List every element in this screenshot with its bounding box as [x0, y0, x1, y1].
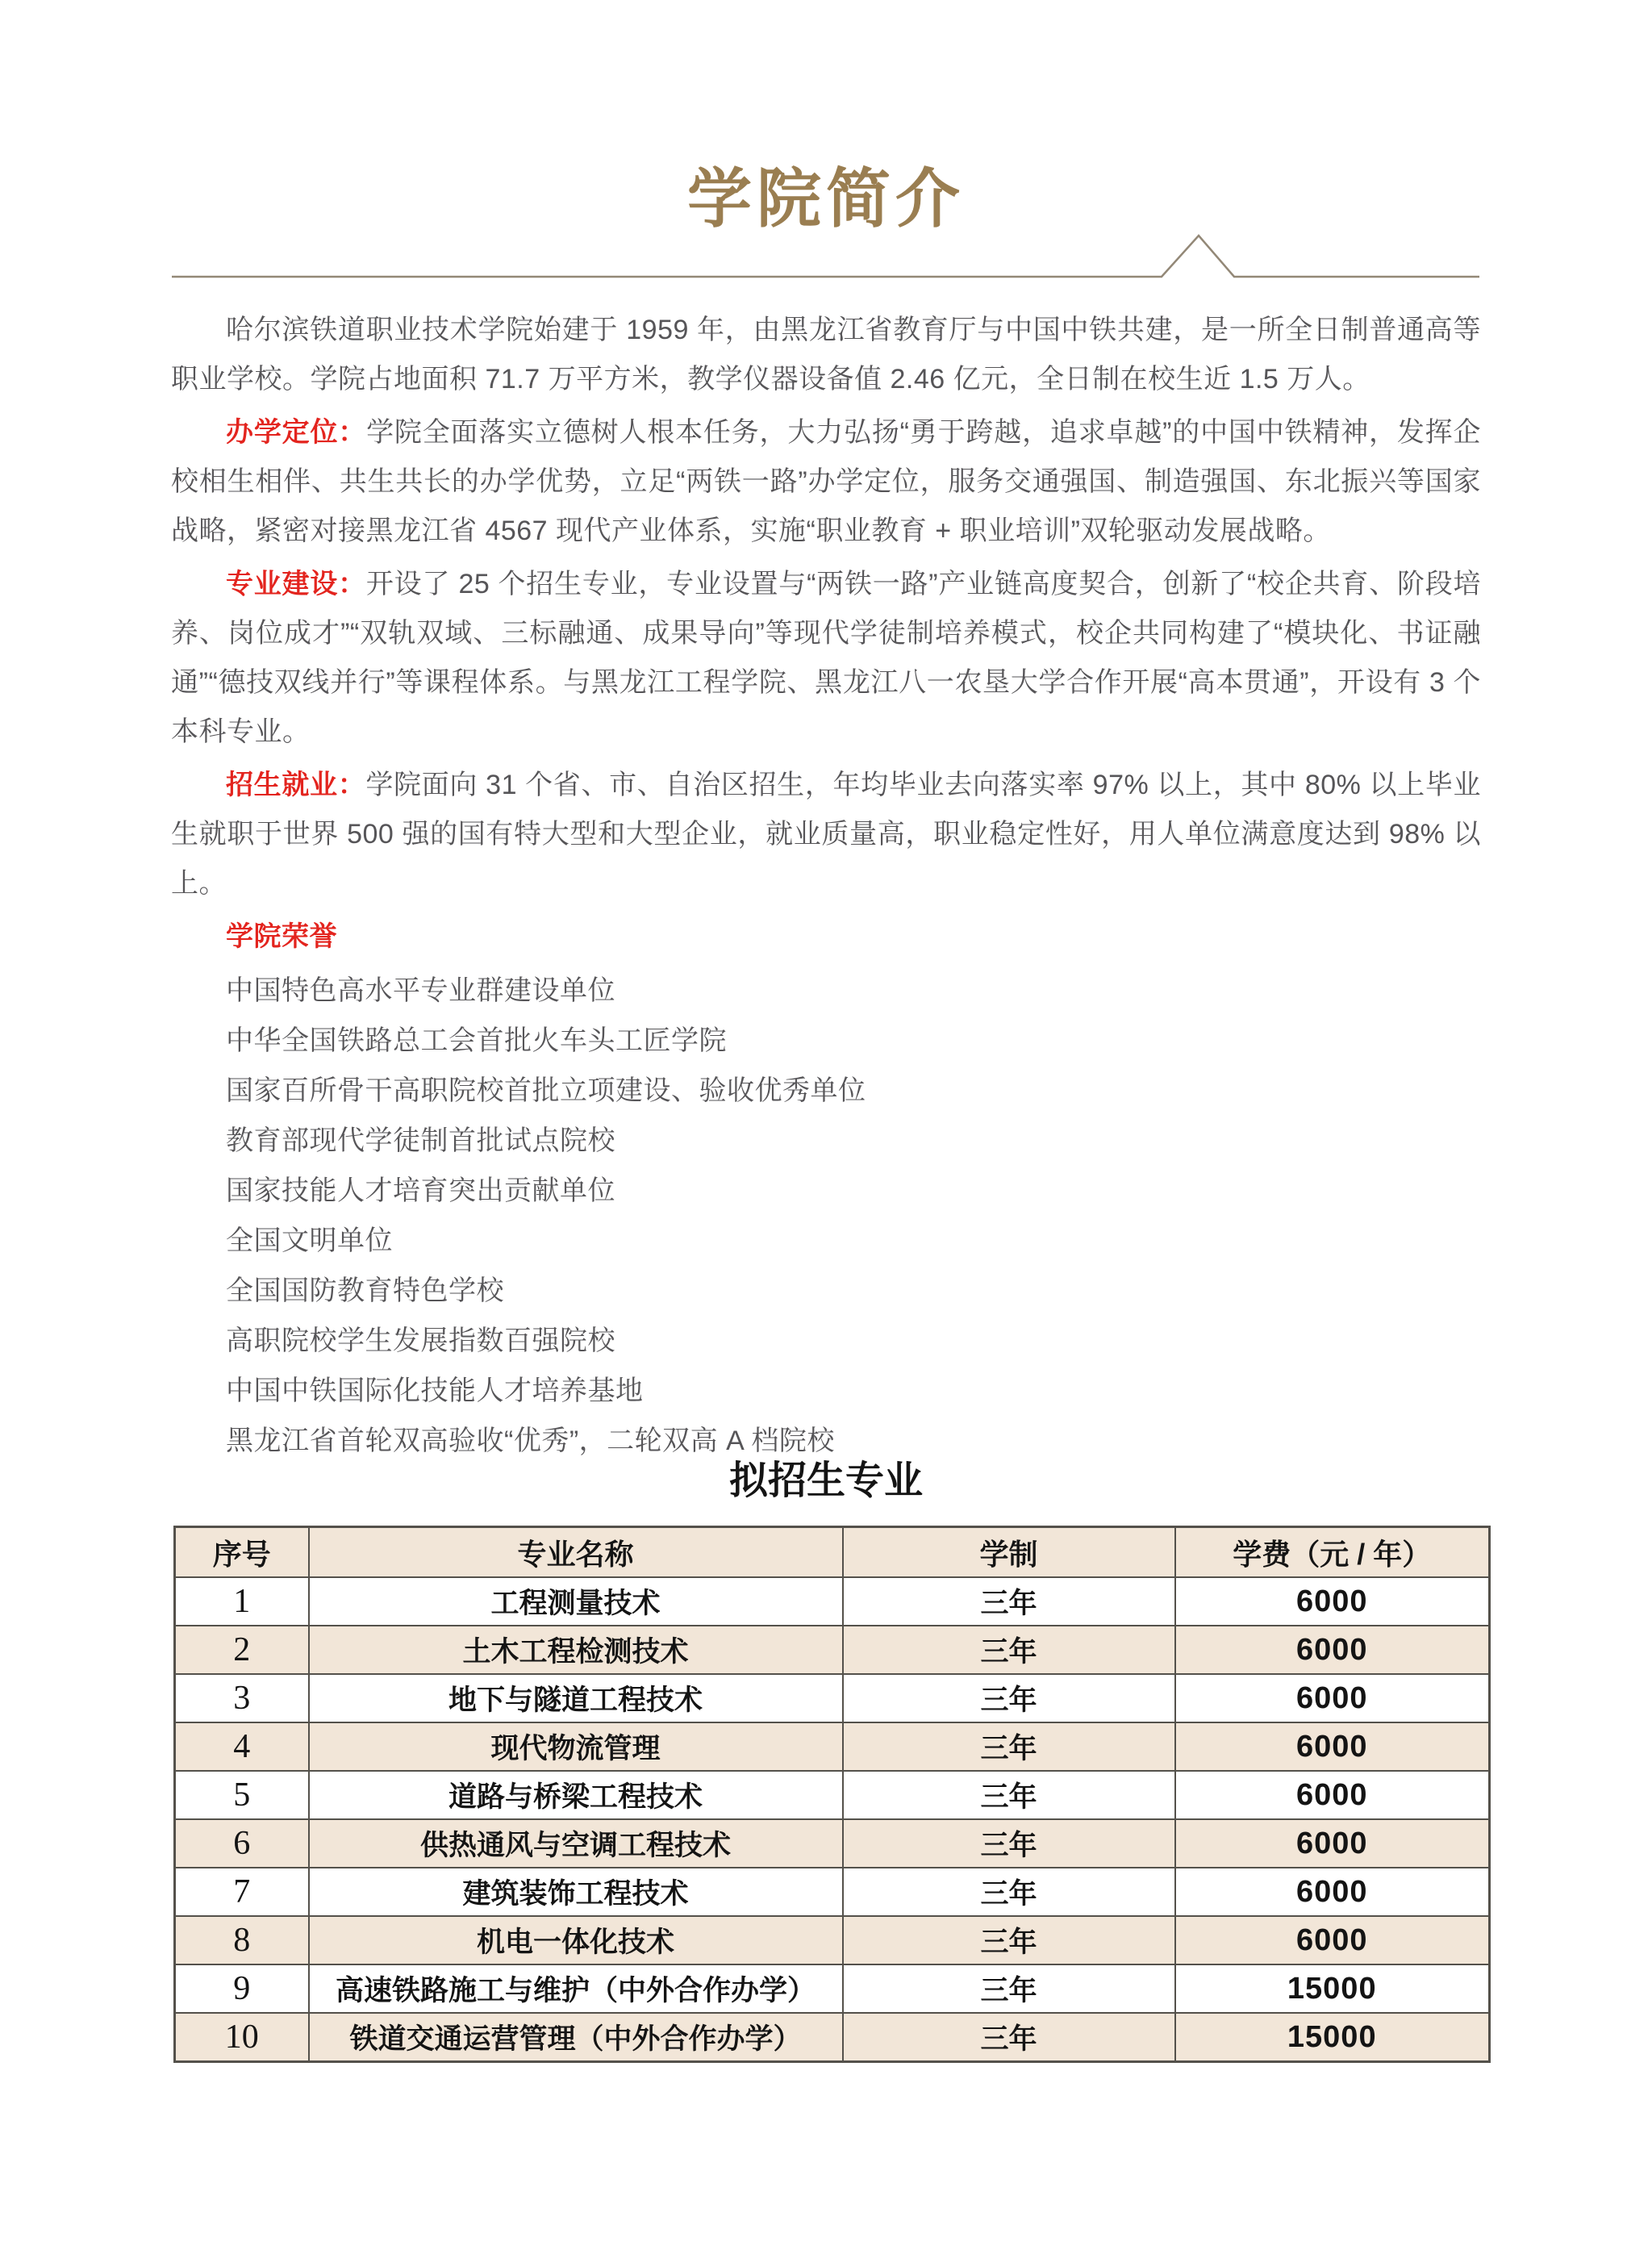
honors-title: 学院荣誉 — [171, 912, 1481, 962]
cell-tuition: 6000 — [1175, 1722, 1490, 1771]
cell-duration: 三年 — [843, 1819, 1175, 1868]
cell-major: 铁道交通运营管理（中外合作办学） — [309, 2013, 843, 2062]
table-row: 2 土木工程检测技术 三年 6000 — [175, 1626, 1490, 1674]
admissions-table: 序号 专业名称 学制 学费（元 / 年） 1 工程测量技术 三年 6000 2 … — [173, 1526, 1491, 2063]
table-title: 拟招生专业 — [0, 1457, 1652, 1505]
divider-peak-line — [172, 236, 1479, 277]
cell-tuition: 6000 — [1175, 1577, 1490, 1626]
cell-tuition: 6000 — [1175, 1868, 1490, 1916]
cell-tuition: 6000 — [1175, 1674, 1490, 1722]
table-row: 4 现代物流管理 三年 6000 — [175, 1722, 1490, 1771]
cell-index: 1 — [175, 1577, 309, 1626]
cell-index: 10 — [175, 2013, 309, 2062]
cell-tuition: 6000 — [1175, 1916, 1490, 1964]
table-row: 8 机电一体化技术 三年 6000 — [175, 1916, 1490, 1964]
cell-major: 土木工程检测技术 — [309, 1626, 843, 1674]
honor-item: 中国特色高水平专业群建设单位 — [171, 966, 1481, 1016]
header-cell-index: 序号 — [175, 1527, 309, 1578]
cell-tuition: 6000 — [1175, 1819, 1490, 1868]
honor-item: 教育部现代学徒制首批试点院校 — [171, 1116, 1481, 1166]
honor-item: 高职院校学生发展指数百强院校 — [171, 1316, 1481, 1366]
header-cell-major: 专业名称 — [309, 1527, 843, 1578]
honor-item: 全国国防教育特色学校 — [171, 1266, 1481, 1316]
table-header-row: 序号 专业名称 学制 学费（元 / 年） — [175, 1527, 1490, 1578]
cell-duration: 三年 — [843, 1626, 1175, 1674]
cell-tuition: 15000 — [1175, 2013, 1490, 2062]
cell-duration: 三年 — [843, 2013, 1175, 2062]
table-row: 6 供热通风与空调工程技术 三年 6000 — [175, 1819, 1490, 1868]
section-label-positioning: 办学定位： — [226, 417, 366, 448]
cell-major: 机电一体化技术 — [309, 1916, 843, 1964]
cell-major: 工程测量技术 — [309, 1577, 843, 1626]
section-paragraph-majors: 专业建设：开设了 25 个招生专业，专业设置与“两铁一路”产业链高度契合，创新了… — [171, 560, 1481, 757]
cell-major: 高速铁路施工与维护（中外合作办学） — [309, 1964, 843, 2013]
cell-index: 2 — [175, 1626, 309, 1674]
cell-major: 供热通风与空调工程技术 — [309, 1819, 843, 1868]
section-paragraph-positioning: 办学定位：学院全面落实立德树人根本任务，大力弘扬“勇于跨越，追求卓越”的中国中铁… — [171, 408, 1481, 556]
document-page: 学院简介 哈尔滨铁道职业技术学院始建于 1959 年，由黑龙江省教育厅与中国中铁… — [0, 0, 1652, 2242]
table-row: 1 工程测量技术 三年 6000 — [175, 1577, 1490, 1626]
cell-index: 3 — [175, 1674, 309, 1722]
honor-item: 中华全国铁路总工会首批火车头工匠学院 — [171, 1016, 1481, 1066]
section-text-employment: 学院面向 31 个省、市、自治区招生，年均毕业去向落实率 97% 以上，其中 8… — [171, 770, 1481, 899]
intro-paragraph: 哈尔滨铁道职业技术学院始建于 1959 年，由黑龙江省教育厅与中国中铁共建，是一… — [171, 306, 1481, 404]
cell-index: 7 — [175, 1868, 309, 1916]
cell-duration: 三年 — [843, 1722, 1175, 1771]
cell-duration: 三年 — [843, 1771, 1175, 1819]
section-text-majors: 开设了 25 个招生专业，专业设置与“两铁一路”产业链高度契合，创新了“校企共育… — [171, 569, 1481, 747]
cell-major: 道路与桥梁工程技术 — [309, 1771, 843, 1819]
table-row: 10 铁道交通运营管理（中外合作办学） 三年 15000 — [175, 2013, 1490, 2062]
cell-index: 6 — [175, 1819, 309, 1868]
table-row: 5 道路与桥梁工程技术 三年 6000 — [175, 1771, 1490, 1819]
cell-major: 建筑装饰工程技术 — [309, 1868, 843, 1916]
cell-tuition: 15000 — [1175, 1964, 1490, 2013]
honor-item: 国家技能人才培育突出贡献单位 — [171, 1166, 1481, 1216]
cell-duration: 三年 — [843, 1577, 1175, 1626]
cell-major: 地下与隧道工程技术 — [309, 1674, 843, 1722]
table-row: 3 地下与隧道工程技术 三年 6000 — [175, 1674, 1490, 1722]
section-text-positioning: 学院全面落实立德树人根本任务，大力弘扬“勇于跨越，追求卓越”的中国中铁精神，发挥… — [171, 417, 1481, 546]
title-divider-rule — [171, 232, 1481, 281]
section-label-majors: 专业建设： — [226, 569, 366, 599]
cell-duration: 三年 — [843, 1868, 1175, 1916]
section-label-employment: 招生就业： — [226, 770, 365, 800]
cell-major: 现代物流管理 — [309, 1722, 843, 1771]
honor-item: 国家百所骨干高职院校首批立项建设、验收优秀单位 — [171, 1066, 1481, 1116]
page-title: 学院简介 — [0, 161, 1652, 239]
body-text-block: 哈尔滨铁道职业技术学院始建于 1959 年，由黑龙江省教育厅与中国中铁共建，是一… — [171, 306, 1481, 1466]
table-row: 9 高速铁路施工与维护（中外合作办学） 三年 15000 — [175, 1964, 1490, 2013]
table-row: 7 建筑装饰工程技术 三年 6000 — [175, 1868, 1490, 1916]
cell-index: 8 — [175, 1916, 309, 1964]
header-cell-tuition: 学费（元 / 年） — [1175, 1527, 1490, 1578]
cell-tuition: 6000 — [1175, 1771, 1490, 1819]
cell-index: 9 — [175, 1964, 309, 2013]
cell-index: 5 — [175, 1771, 309, 1819]
cell-tuition: 6000 — [1175, 1626, 1490, 1674]
header-cell-duration: 学制 — [843, 1527, 1175, 1578]
cell-index: 4 — [175, 1722, 309, 1771]
cell-duration: 三年 — [843, 1674, 1175, 1722]
cell-duration: 三年 — [843, 1916, 1175, 1964]
honor-item: 全国文明单位 — [171, 1216, 1481, 1266]
honor-item: 中国中铁国际化技能人才培养基地 — [171, 1366, 1481, 1416]
section-paragraph-employment: 招生就业：学院面向 31 个省、市、自治区招生，年均毕业去向落实率 97% 以上… — [171, 761, 1481, 908]
cell-duration: 三年 — [843, 1964, 1175, 2013]
